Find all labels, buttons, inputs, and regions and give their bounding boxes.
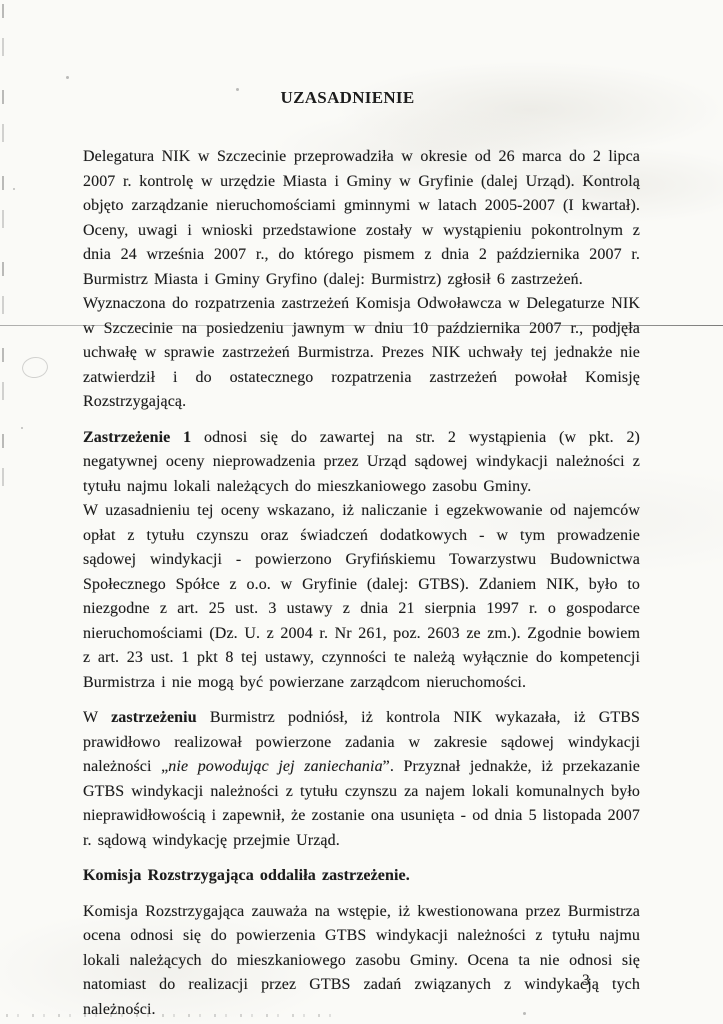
text-run-normal: W	[83, 709, 111, 726]
text-run-italic: nie powodując jej zaniechania	[168, 758, 382, 775]
text-run-bold: zastrzeżeniu	[111, 709, 197, 726]
document-body: Delegatura NIK w Szczecinie przeprowadzi…	[83, 145, 640, 1022]
document-content: UZASADNIENIE Delegatura NIK w Szczecinie…	[83, 88, 640, 1022]
text-run-bold: Komisja Rozstrzygająca oddaliła zastrzeż…	[83, 867, 410, 884]
scan-artifact-speck	[21, 427, 23, 429]
text-run-normal: Delegatura NIK w Szczecinie przeprowadzi…	[83, 148, 640, 288]
text-run-normal: W uzasadnieniu tej oceny wskazano, iż na…	[83, 502, 640, 691]
document-title: UZASADNIENIE	[83, 88, 612, 108]
text-run-normal: Wyznaczona do rozpatrzenia zastrzeżeń Ko…	[83, 295, 640, 410]
paragraph: Komisja Rozstrzygająca oddaliła zastrzeż…	[83, 864, 640, 889]
paragraph: Delegatura NIK w Szczecinie przeprowadzi…	[83, 145, 640, 292]
paragraph: Zastrzeżenie 1 odnosi się do zawartej na…	[83, 426, 640, 500]
text-run-bold: Zastrzeżenie 1	[83, 429, 191, 446]
text-run-normal: Komisja Rozstrzygająca zauważa na wstępi…	[83, 903, 640, 1018]
page-number: 3	[582, 972, 590, 990]
scan-artifact-speck	[13, 188, 15, 190]
paragraph: W zastrzeżeniu Burmistrz podniósł, iż ko…	[83, 706, 640, 853]
scan-artifact-vertical-dashed-line	[2, 4, 4, 514]
scanned-document-page: UZASADNIENIE Delegatura NIK w Szczecinie…	[0, 0, 723, 1024]
scan-artifact-ring-mark	[21, 355, 50, 379]
paragraph: Wyznaczona do rozpatrzenia zastrzeżeń Ko…	[83, 292, 640, 415]
paragraph: W uzasadnieniu tej oceny wskazano, iż na…	[83, 499, 640, 695]
scan-artifact-speck	[66, 76, 69, 79]
paragraph: Komisja Rozstrzygająca zauważa na wstępi…	[83, 900, 640, 1023]
